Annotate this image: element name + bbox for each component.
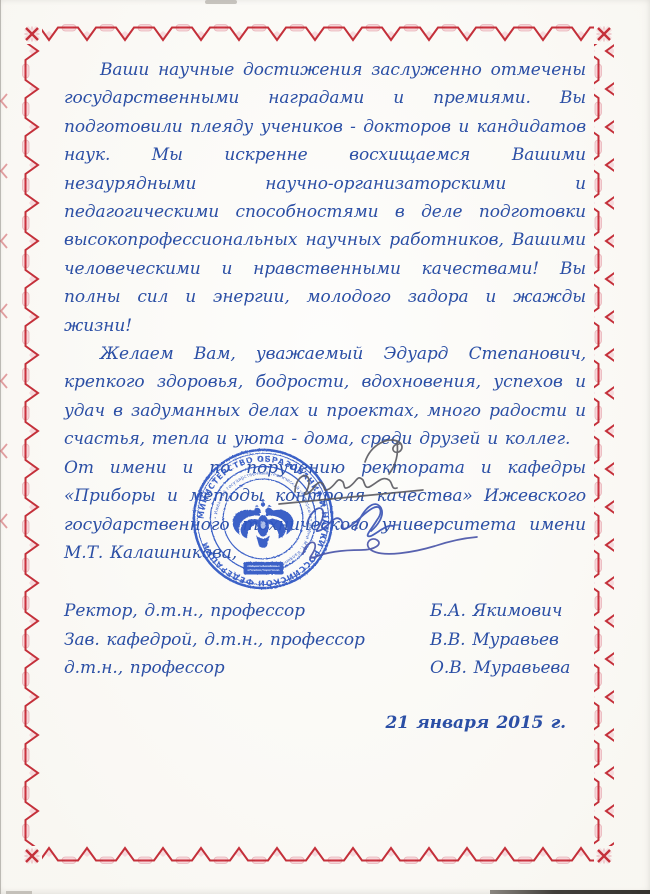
signature-yakimovich: [279, 440, 423, 504]
signatory-title: Ректор, д.т.н., профессор: [64, 597, 430, 626]
signatory-name: Б.А. Якимович: [430, 597, 586, 626]
scan-bottom-shadow: [490, 890, 650, 894]
signatory-row-rector: Ректор, д.т.н., профессор Б.А. Якимович: [64, 597, 586, 626]
paragraph-achievements: Ваши научные достижения заслуженно отмеч…: [64, 56, 586, 340]
border-bleed-marks: [0, 88, 8, 588]
scanned-letter-page: Ваши научные достижения заслуженно отмеч…: [0, 0, 650, 894]
signatory-title: Зав. кафедрой, д.т.н., профессор: [64, 626, 430, 655]
signature-muravyeva: [303, 537, 477, 558]
scanner-smudge: [205, 0, 237, 4]
letter-date: 21 января 2015 г.: [64, 709, 586, 737]
signature-block: Ректор, д.т.н., профессор Б.А. Якимович …: [64, 597, 586, 683]
signatory-name: О.В. Муравьева: [430, 654, 586, 683]
signatory-row-department-head: Зав. кафедрой, д.т.н., профессор В.В. Му…: [64, 626, 586, 655]
letter-body: Ваши научные достижения заслуженно отмеч…: [64, 56, 586, 737]
signatory-name: В.В. Муравьев: [430, 626, 586, 655]
signatory-row-professor: д.т.н., профессор О.В. Муравьева: [64, 654, 586, 683]
handwritten-signatures: [265, 428, 495, 568]
signatory-title: д.т.н., профессор: [64, 654, 430, 683]
signature-muravyev: [307, 504, 393, 536]
